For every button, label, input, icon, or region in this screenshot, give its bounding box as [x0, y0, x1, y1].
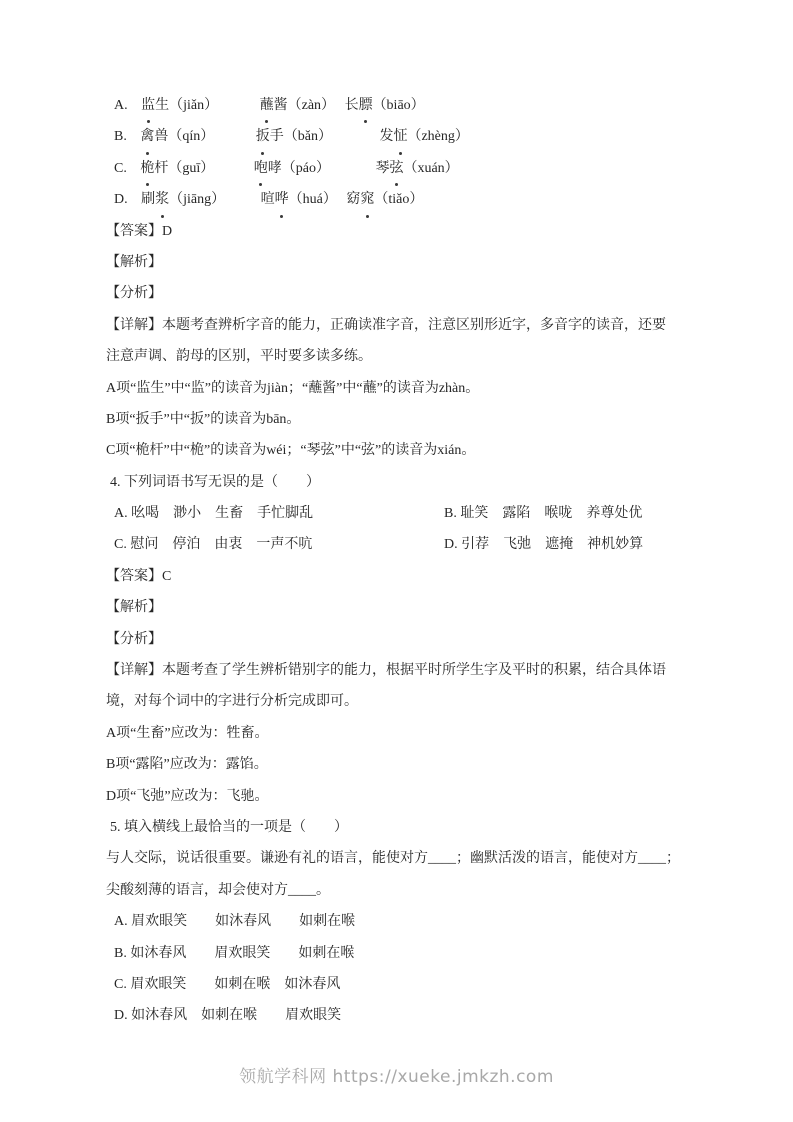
- emphasis-char: 禽: [140, 121, 154, 152]
- q3-jiexi-heading: 【解析】: [106, 247, 684, 278]
- q3-option-line-c: C. 桅杆（guī） 咆哮（páo） 琴弦（xuán）: [106, 153, 684, 184]
- emphasis-char: 扳: [256, 121, 270, 152]
- q3-xiangjie-line-2: 注意声调、韵母的区别，平时要多读多练。: [106, 341, 684, 372]
- word-pre: 发: [379, 129, 393, 144]
- q3-b-word-3: 发怔（zhèng）: [379, 121, 468, 152]
- q4-explanation-b: B项“露陷”应改为：露馅。: [106, 749, 684, 780]
- q3-fenxi-heading: 【分析】: [106, 278, 684, 309]
- word-post: （biāo）: [373, 98, 425, 113]
- q3-option-a-label: A.: [114, 98, 128, 113]
- word-post: 杆（guī）: [154, 161, 214, 176]
- word-post: 酱（zàn）: [274, 98, 335, 113]
- q3-d-word-2: 喧哗（huá）: [261, 184, 337, 215]
- q4-options-row-2: C. 慰问 停泊 由衷 一声不吭D. 引荐 飞弛 遮掩 神机妙算: [106, 529, 684, 560]
- q4-explanation-d: D项“飞弛”应改为：飞驰。: [106, 781, 684, 812]
- q4-jiexi-heading: 【解析】: [106, 592, 684, 623]
- q3-option-line-a: A. 监生（jiǎn） 蘸酱（zàn） 长膘（biāo）: [106, 90, 684, 121]
- q3-option-d-label: D.: [114, 192, 128, 207]
- word-pre: 长: [345, 98, 359, 113]
- q3-explanation-a: A项“监生”中“监”的读音为jiàn；“蘸酱”中“蘸”的读音为zhàn。: [106, 373, 684, 404]
- q5-option-d: D. 如沐春风 如刺在喉 眉欢眼笑: [106, 1000, 684, 1031]
- q3-a-word-1: 监生（jiǎn）: [141, 90, 218, 121]
- word-post: （huá）: [289, 192, 337, 207]
- q4-answer: 【答案】C: [106, 561, 684, 592]
- emphasis-char: 怔: [393, 121, 407, 152]
- q3-b-word-1: 禽兽（qín）: [140, 121, 214, 152]
- q4-option-d: D. 引荐 飞弛 遮掩 神机妙算: [444, 537, 643, 552]
- word-pre: 琴: [375, 161, 389, 176]
- emphasis-char: 咆: [254, 153, 268, 184]
- q3-c-word-2: 咆哮（páo）: [254, 153, 330, 184]
- word-post: 兽（qín）: [154, 129, 214, 144]
- q3-a-word-2: 蘸酱（zàn）: [260, 90, 335, 121]
- q3-explanation-c: C项“桅杆”中“桅”的读音为wéi；“琴弦”中“弦”的读音为xián。: [106, 435, 684, 466]
- q5-intro-line-1: 与人交际，说话很重要。谦逊有礼的语言，能使对方____；幽默活泼的语言，能使对方…: [106, 843, 684, 874]
- q4-explanation-a: A项“生畜”应改为：牲畜。: [106, 718, 684, 749]
- word-post: 生（jiǎn）: [155, 98, 218, 113]
- emphasis-char: 弦: [389, 153, 403, 184]
- q3-option-b-label: B.: [114, 129, 127, 144]
- site-watermark: 领航学科网 https://xueke.jmkzh.com: [0, 1062, 793, 1087]
- q4-option-b: B. 耻笑 露陷 喉咙 养尊处优: [444, 506, 642, 521]
- q3-option-line-b: B. 禽兽（qín） 扳手（bǎn） 发怔（zhèng）: [106, 121, 684, 152]
- emphasis-char: 膘: [359, 90, 373, 121]
- emphasis-char: 桅: [140, 153, 154, 184]
- word-pre: 喧: [261, 192, 275, 207]
- q3-d-word-3: 窈窕（tiǎo）: [346, 184, 423, 215]
- q3-d-word-1: 刷浆（jiāng）: [141, 184, 225, 215]
- word-post: 哮（páo）: [268, 161, 330, 176]
- word-pre: 刷: [141, 192, 155, 207]
- emphasis-char: 蘸: [260, 90, 274, 121]
- q4-option-a: A. 吆喝 渺小 生畜 手忙脚乱: [114, 498, 444, 529]
- q3-a-word-3: 长膘（biāo）: [345, 90, 425, 121]
- q4-options-row-1: A. 吆喝 渺小 生畜 手忙脚乱B. 耻笑 露陷 喉咙 养尊处优: [106, 498, 684, 529]
- q3-answer: 【答案】D: [106, 216, 684, 247]
- word-post: 手（bǎn）: [270, 129, 332, 144]
- q5-intro-line-2: 尖酸刻薄的语言，却会使对方____。: [106, 875, 684, 906]
- word-post: （jiāng）: [169, 192, 225, 207]
- emphasis-char: 窕: [360, 184, 374, 215]
- q3-option-c-label: C.: [114, 161, 127, 176]
- word-pre: 窈: [346, 192, 360, 207]
- emphasis-char: 哗: [275, 184, 289, 215]
- q5-option-a: A. 眉欢眼笑 如沐春风 如刺在喉: [106, 906, 684, 937]
- q4-option-c: C. 慰问 停泊 由衷 一声不吭: [114, 529, 444, 560]
- q3-c-word-3: 琴弦（xuán）: [375, 153, 458, 184]
- q3-option-line-d: D. 刷浆（jiāng） 喧哗（huá） 窈窕（tiǎo）: [106, 184, 684, 215]
- q3-b-word-2: 扳手（bǎn）: [256, 121, 332, 152]
- q5-option-b: B. 如沐春风 眉欢眼笑 如刺在喉: [106, 938, 684, 969]
- q4-xiangjie-line-2: 境，对每个词中的字进行分析完成即可。: [106, 686, 684, 717]
- word-post: （xuán）: [403, 161, 458, 176]
- q3-c-word-1: 桅杆（guī）: [140, 153, 214, 184]
- emphasis-char: 浆: [155, 184, 169, 215]
- word-post: （tiǎo）: [374, 192, 423, 207]
- q3-xiangjie-line-1: 【详解】本题考查辨析字音的能力，正确读准字音，注意区别形近字，多音字的读音，还要: [106, 310, 684, 341]
- q5-stem: 5. 填入横线上最恰当的一项是（ ）: [106, 812, 684, 843]
- q5-option-c: C. 眉欢眼笑 如刺在喉 如沐春风: [106, 969, 684, 1000]
- word-post: （zhèng）: [407, 129, 468, 144]
- q4-fenxi-heading: 【分析】: [106, 624, 684, 655]
- exam-content: A. 监生（jiǎn） 蘸酱（zàn） 长膘（biāo） B. 禽兽（qín） …: [106, 90, 684, 1032]
- emphasis-char: 监: [141, 90, 155, 121]
- exam-paper-page: A. 监生（jiǎn） 蘸酱（zàn） 长膘（biāo） B. 禽兽（qín） …: [0, 0, 793, 1122]
- q4-stem: 4. 下列词语书写无误的是（ ）: [106, 467, 684, 498]
- q3-explanation-b: B项“扳手”中“扳”的读音为bān。: [106, 404, 684, 435]
- q4-xiangjie-line-1: 【详解】本题考查了学生辨析错别字的能力，根据平时所学生字及平时的积累，结合具体语: [106, 655, 684, 686]
